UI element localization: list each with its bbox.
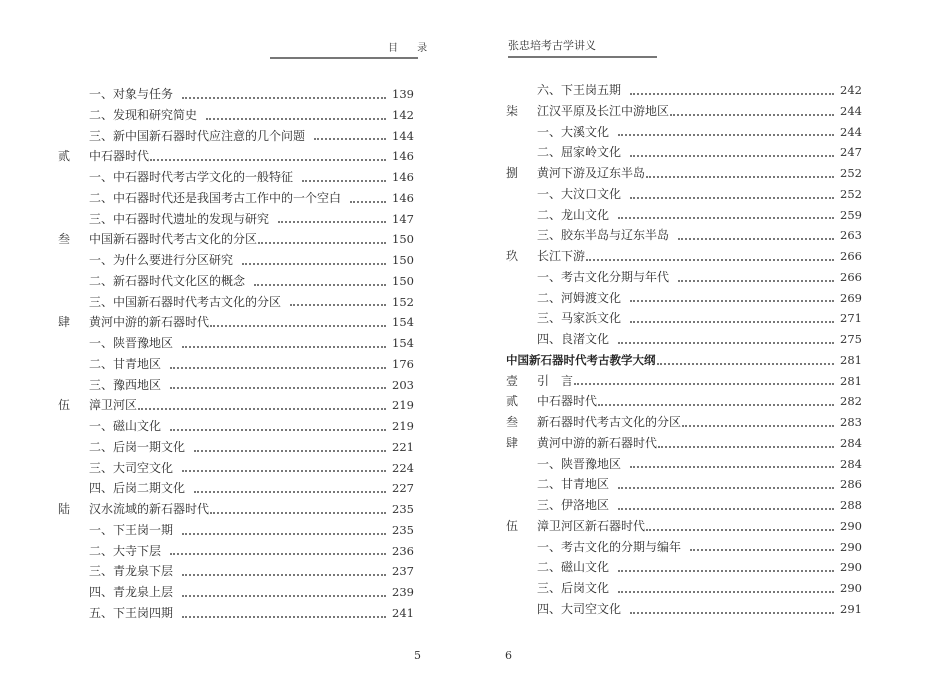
- entry-page-number: 219: [392, 395, 414, 416]
- dot-leader: [618, 134, 834, 136]
- dot-leader: [618, 487, 834, 489]
- entry-page-number: 154: [392, 333, 414, 354]
- toc-entry-chapter: 柒江汉平原及长江中游地区244: [506, 101, 862, 122]
- entry-page-number: 252: [840, 163, 862, 184]
- chapter-numeral: 肆: [506, 433, 537, 454]
- toc-entry-section: 二、河姆渡文化269: [506, 288, 862, 309]
- dot-leader: [170, 429, 386, 431]
- toc-entry-chapter: 捌黄河下游及辽东半岛252: [506, 163, 862, 184]
- entry-title: 一、中石器时代考古学文化的一般特征: [58, 167, 301, 188]
- entry-title: 三、大司空文化: [58, 458, 181, 479]
- dot-leader: [618, 342, 834, 344]
- entry-title: 三、马家浜文化: [506, 308, 629, 329]
- entry-title: 中石器时代: [89, 146, 149, 167]
- toc-entry-section: 一、对象与任务139: [58, 84, 414, 105]
- entry-title: 一、陕晋豫地区: [506, 454, 629, 475]
- dot-leader: [630, 466, 834, 468]
- toc-entry-chapter: 陆汉水流域的新石器时代235: [58, 499, 414, 520]
- toc-entry-section: 一、大溪文化244: [506, 122, 862, 143]
- toc-entry-section: 四、良渚文化275: [506, 329, 862, 350]
- toc-entry-section: 一、大汶口文化252: [506, 184, 862, 205]
- toc-entry-section: 一、陕晋豫地区284: [506, 454, 862, 475]
- dot-leader: [182, 346, 386, 348]
- dot-leader: [182, 574, 386, 576]
- entry-page-number: 150: [392, 271, 414, 292]
- entry-title: 一、磁山文化: [58, 416, 169, 437]
- toc-entry-section: 二、中石器时代还是我国考古工作中的一个空白146: [58, 188, 414, 209]
- dot-leader: [182, 97, 386, 99]
- dot-leader: [258, 242, 386, 244]
- entry-page-number: 227: [392, 478, 414, 499]
- entry-page-number: 239: [392, 582, 414, 603]
- dot-leader: [210, 512, 386, 514]
- entry-page-number: 281: [840, 350, 862, 371]
- dot-leader: [210, 325, 386, 327]
- entry-title: 三、后岗文化: [506, 578, 617, 599]
- toc-entry-section: 二、大寺下层236: [58, 541, 414, 562]
- toc-entry-section: 二、甘青地区286: [506, 474, 862, 495]
- entry-title: 二、磁山文化: [506, 557, 617, 578]
- header-rule: [508, 56, 657, 58]
- dot-leader: [290, 304, 386, 306]
- dot-leader: [170, 367, 386, 369]
- toc-entry-section: 二、新石器时代文化区的概念150: [58, 271, 414, 292]
- toc-list-left: 一、对象与任务139二、发现和研究简史142三、新中国新石器时代应注意的几个问题…: [58, 84, 414, 624]
- entry-page-number: 152: [392, 292, 414, 313]
- dot-leader: [657, 363, 835, 365]
- entry-title: 二、屈家岭文化: [506, 142, 629, 163]
- entry-page-number: 242: [840, 80, 862, 101]
- dot-leader: [206, 118, 386, 120]
- toc-entry-chapter: 肆黄河中游的新石器时代154: [58, 312, 414, 333]
- toc-entry-section: 二、发现和研究简史142: [58, 105, 414, 126]
- header-rule: [270, 57, 418, 59]
- entry-title: 四、青龙泉上层: [58, 582, 181, 603]
- dot-leader: [618, 217, 834, 219]
- entry-title: 二、后岗一期文化: [58, 437, 193, 458]
- chapter-numeral: 柒: [506, 101, 537, 122]
- entry-page-number: 281: [840, 371, 862, 392]
- entry-page-number: 146: [392, 167, 414, 188]
- entry-title: 一、下王岗一期: [58, 520, 181, 541]
- toc-entry-section: 一、为什么要进行分区研究150: [58, 250, 414, 271]
- dot-leader: [574, 383, 834, 385]
- entry-page-number: 144: [392, 126, 414, 147]
- dot-leader: [630, 197, 834, 199]
- dot-leader: [618, 591, 834, 593]
- toc-entry-section: 一、考古文化的分期与编年290: [506, 537, 862, 558]
- entry-title: 四、大司空文化: [506, 599, 629, 620]
- chapter-numeral: 壹: [506, 371, 537, 392]
- dot-leader: [194, 491, 386, 493]
- entry-title: 三、青龙泉下层: [58, 561, 181, 582]
- entry-page-number: 142: [392, 105, 414, 126]
- entry-page-number: 221: [392, 437, 414, 458]
- toc-entry-section: 三、青龙泉下层237: [58, 561, 414, 582]
- chapter-numeral: 陆: [58, 499, 89, 520]
- entry-title: 引 言: [537, 371, 573, 392]
- entry-title: 一、大汶口文化: [506, 184, 629, 205]
- entry-page-number: 290: [840, 557, 862, 578]
- page-number: 6: [505, 649, 512, 662]
- toc-entry-section: 三、大司空文化224: [58, 458, 414, 479]
- entry-page-number: 237: [392, 561, 414, 582]
- entry-page-number: 288: [840, 495, 862, 516]
- entry-page-number: 154: [392, 312, 414, 333]
- entry-page-number: 283: [840, 412, 862, 433]
- toc-entry-part: 中国新石器时代考古教学大纲281: [506, 350, 862, 371]
- toc-entry-section: 一、陕晋豫地区154: [58, 333, 414, 354]
- chapter-numeral: 肆: [58, 312, 89, 333]
- entry-title: 中石器时代: [537, 391, 597, 412]
- toc-entry-section: 三、新中国新石器时代应注意的几个问题144: [58, 126, 414, 147]
- entry-title: 五、下王岗四期: [58, 603, 181, 624]
- entry-page-number: 150: [392, 250, 414, 271]
- entry-title: 三、中国新石器时代考古文化的分区: [58, 292, 289, 313]
- dot-leader: [170, 553, 386, 555]
- entry-page-number: 259: [840, 205, 862, 226]
- dot-leader: [254, 284, 386, 286]
- entry-title: 三、中石器时代遗址的发现与研究: [58, 209, 277, 230]
- dot-leader: [630, 321, 834, 323]
- toc-entry-section: 一、磁山文化219: [58, 416, 414, 437]
- dot-leader: [690, 549, 834, 551]
- dot-leader: [138, 408, 386, 410]
- toc-entry-section: 一、考古文化分期与年代266: [506, 267, 862, 288]
- entry-title: 一、大溪文化: [506, 122, 617, 143]
- dot-leader: [618, 570, 834, 572]
- chapter-numeral: 叁: [58, 229, 89, 250]
- entry-page-number: 224: [392, 458, 414, 479]
- toc-list-right: 六、下王岗五期242柒江汉平原及长江中游地区244一、大溪文化244二、屈家岭文…: [506, 80, 862, 620]
- entry-title: 二、龙山文化: [506, 205, 617, 226]
- toc-entry-chapter: 壹引 言281: [506, 371, 862, 392]
- entry-title: 六、下王岗五期: [506, 80, 629, 101]
- entry-page-number: 244: [840, 122, 862, 143]
- entry-page-number: 266: [840, 267, 862, 288]
- entry-title: 四、后岗二期文化: [58, 478, 193, 499]
- dot-leader: [278, 221, 386, 223]
- toc-entry-chapter: 玖长江下游266: [506, 246, 862, 267]
- dot-leader: [182, 470, 386, 472]
- entry-page-number: 150: [392, 229, 414, 250]
- entry-title: 黄河下游及辽东半岛: [537, 163, 645, 184]
- toc-entry-section: 二、后岗一期文化221: [58, 437, 414, 458]
- entry-title: 黄河中游的新石器时代: [537, 433, 657, 454]
- toc-entry-section: 二、甘青地区176: [58, 354, 414, 375]
- dot-leader: [150, 159, 386, 161]
- entry-title: 一、陕晋豫地区: [58, 333, 181, 354]
- toc-entry-chapter: 伍漳卫河区219: [58, 395, 414, 416]
- toc-entry-section: 三、豫西地区203: [58, 375, 414, 396]
- entry-title: 漳卫河区新石器时代: [537, 516, 645, 537]
- dot-leader: [182, 595, 386, 597]
- entry-title: 一、对象与任务: [58, 84, 181, 105]
- toc-entry-section: 三、中国新石器时代考古文化的分区152: [58, 292, 414, 313]
- entry-page-number: 284: [840, 454, 862, 475]
- entry-page-number: 146: [392, 188, 414, 209]
- dot-leader: [586, 259, 834, 261]
- toc-entry-section: 三、胶东半岛与辽东半岛263: [506, 225, 862, 246]
- entry-title: 一、为什么要进行分区研究: [58, 250, 241, 271]
- entry-title: 一、考古文化分期与年代: [506, 267, 677, 288]
- entry-page-number: 219: [392, 416, 414, 437]
- entry-page-number: 266: [840, 246, 862, 267]
- entry-title: 长江下游: [537, 246, 585, 267]
- chapter-numeral: 伍: [58, 395, 89, 416]
- entry-page-number: 263: [840, 225, 862, 246]
- dot-leader: [630, 612, 834, 614]
- dot-leader: [314, 138, 386, 140]
- entry-page-number: 282: [840, 391, 862, 412]
- entry-title: 二、发现和研究简史: [58, 105, 205, 126]
- entry-page-number: 275: [840, 329, 862, 350]
- entry-page-number: 290: [840, 537, 862, 558]
- entry-page-number: 247: [840, 142, 862, 163]
- chapter-numeral: 叁: [506, 412, 537, 433]
- entry-page-number: 235: [392, 499, 414, 520]
- entry-title: 江汉平原及长江中游地区: [537, 101, 669, 122]
- chapter-numeral: 贰: [58, 146, 89, 167]
- entry-page-number: 244: [840, 101, 862, 122]
- dot-leader: [598, 404, 834, 406]
- entry-title: 新石器时代考古文化的分区: [537, 412, 681, 433]
- entry-title: 中国新石器时代考古文化的分区: [89, 229, 257, 250]
- dot-leader: [646, 529, 834, 531]
- toc-entry-section: 二、龙山文化259: [506, 205, 862, 226]
- toc-entry-section: 四、大司空文化291: [506, 599, 862, 620]
- running-head-book-title: 张忠培考古学讲义: [508, 37, 596, 53]
- toc-entry-chapter: 叁新石器时代考古文化的分区283: [506, 412, 862, 433]
- dot-leader: [678, 280, 834, 282]
- entry-page-number: 286: [840, 474, 862, 495]
- toc-entry-section: 四、青龙泉上层239: [58, 582, 414, 603]
- dot-leader: [194, 450, 386, 452]
- entry-page-number: 203: [392, 375, 414, 396]
- dot-leader: [618, 508, 834, 510]
- toc-entry-chapter: 叁中国新石器时代考古文化的分区150: [58, 229, 414, 250]
- entry-title: 三、伊洛地区: [506, 495, 617, 516]
- chapter-numeral: 玖: [506, 246, 537, 267]
- entry-page-number: 290: [840, 516, 862, 537]
- toc-entry-chapter: 贰中石器时代282: [506, 391, 862, 412]
- toc-entry-section: 二、磁山文化290: [506, 557, 862, 578]
- dot-leader: [682, 425, 834, 427]
- dot-leader: [630, 300, 834, 302]
- entry-page-number: 236: [392, 541, 414, 562]
- entry-page-number: 291: [840, 599, 862, 620]
- dot-leader: [630, 93, 834, 95]
- dot-leader: [350, 201, 386, 203]
- entry-title: 二、甘青地区: [506, 474, 617, 495]
- dot-leader: [630, 155, 834, 157]
- entry-title: 二、大寺下层: [58, 541, 169, 562]
- entry-page-number: 269: [840, 288, 862, 309]
- entry-page-number: 290: [840, 578, 862, 599]
- entry-title: 一、考古文化的分期与编年: [506, 537, 689, 558]
- toc-entry-section: 三、伊洛地区288: [506, 495, 862, 516]
- dot-leader: [678, 238, 834, 240]
- entry-title: 三、新中国新石器时代应注意的几个问题: [58, 126, 313, 147]
- entry-title: 三、豫西地区: [58, 375, 169, 396]
- dot-leader: [658, 446, 834, 448]
- entry-page-number: 147: [392, 209, 414, 230]
- entry-title: 二、中石器时代还是我国考古工作中的一个空白: [58, 188, 349, 209]
- toc-entry-section: 三、马家浜文化271: [506, 308, 862, 329]
- toc-entry-section: 三、中石器时代遗址的发现与研究147: [58, 209, 414, 230]
- entry-title: 漳卫河区: [89, 395, 137, 416]
- dot-leader: [646, 176, 834, 178]
- entry-title: 二、新石器时代文化区的概念: [58, 271, 253, 292]
- toc-entry-section: 三、后岗文化290: [506, 578, 862, 599]
- page-number: 5: [414, 649, 421, 662]
- entry-page-number: 284: [840, 433, 862, 454]
- right-page: 张忠培考古学讲义 六、下王岗五期242柒江汉平原及长江中游地区244一、大溪文化…: [464, 0, 928, 697]
- dot-leader: [670, 114, 834, 116]
- entry-title: 二、甘青地区: [58, 354, 169, 375]
- toc-entry-chapter: 伍漳卫河区新石器时代290: [506, 516, 862, 537]
- entry-title: 汉水流域的新石器时代: [89, 499, 209, 520]
- entry-page-number: 139: [392, 84, 414, 105]
- dot-leader: [242, 263, 386, 265]
- entry-title: 四、良渚文化: [506, 329, 617, 350]
- toc-entry-chapter: 肆黄河中游的新石器时代284: [506, 433, 862, 454]
- toc-entry-section: 二、屈家岭文化247: [506, 142, 862, 163]
- dot-leader: [302, 180, 386, 182]
- entry-title: 黄河中游的新石器时代: [89, 312, 209, 333]
- entry-title: 三、胶东半岛与辽东半岛: [506, 225, 677, 246]
- entry-page-number: 252: [840, 184, 862, 205]
- entry-title: 二、河姆渡文化: [506, 288, 629, 309]
- chapter-numeral: 伍: [506, 516, 537, 537]
- dot-leader: [182, 533, 386, 535]
- entry-page-number: 271: [840, 308, 862, 329]
- toc-entry-chapter: 贰中石器时代146: [58, 146, 414, 167]
- toc-entry-section: 一、中石器时代考古学文化的一般特征146: [58, 167, 414, 188]
- chapter-numeral: 捌: [506, 163, 537, 184]
- entry-page-number: 241: [392, 603, 414, 624]
- left-page: 目 录 一、对象与任务139二、发现和研究简史142三、新中国新石器时代应注意的…: [0, 0, 464, 697]
- entry-page-number: 176: [392, 354, 414, 375]
- entry-page-number: 146: [392, 146, 414, 167]
- dot-leader: [182, 616, 386, 618]
- entry-page-number: 235: [392, 520, 414, 541]
- toc-entry-section: 五、下王岗四期241: [58, 603, 414, 624]
- toc-entry-section: 一、下王岗一期235: [58, 520, 414, 541]
- toc-entry-section: 四、后岗二期文化227: [58, 478, 414, 499]
- entry-title: 中国新石器时代考古教学大纲: [506, 350, 656, 371]
- dot-leader: [170, 387, 386, 389]
- chapter-numeral: 贰: [506, 391, 537, 412]
- running-head-contents: 目 录: [388, 39, 435, 54]
- toc-entry-section: 六、下王岗五期242: [506, 80, 862, 101]
